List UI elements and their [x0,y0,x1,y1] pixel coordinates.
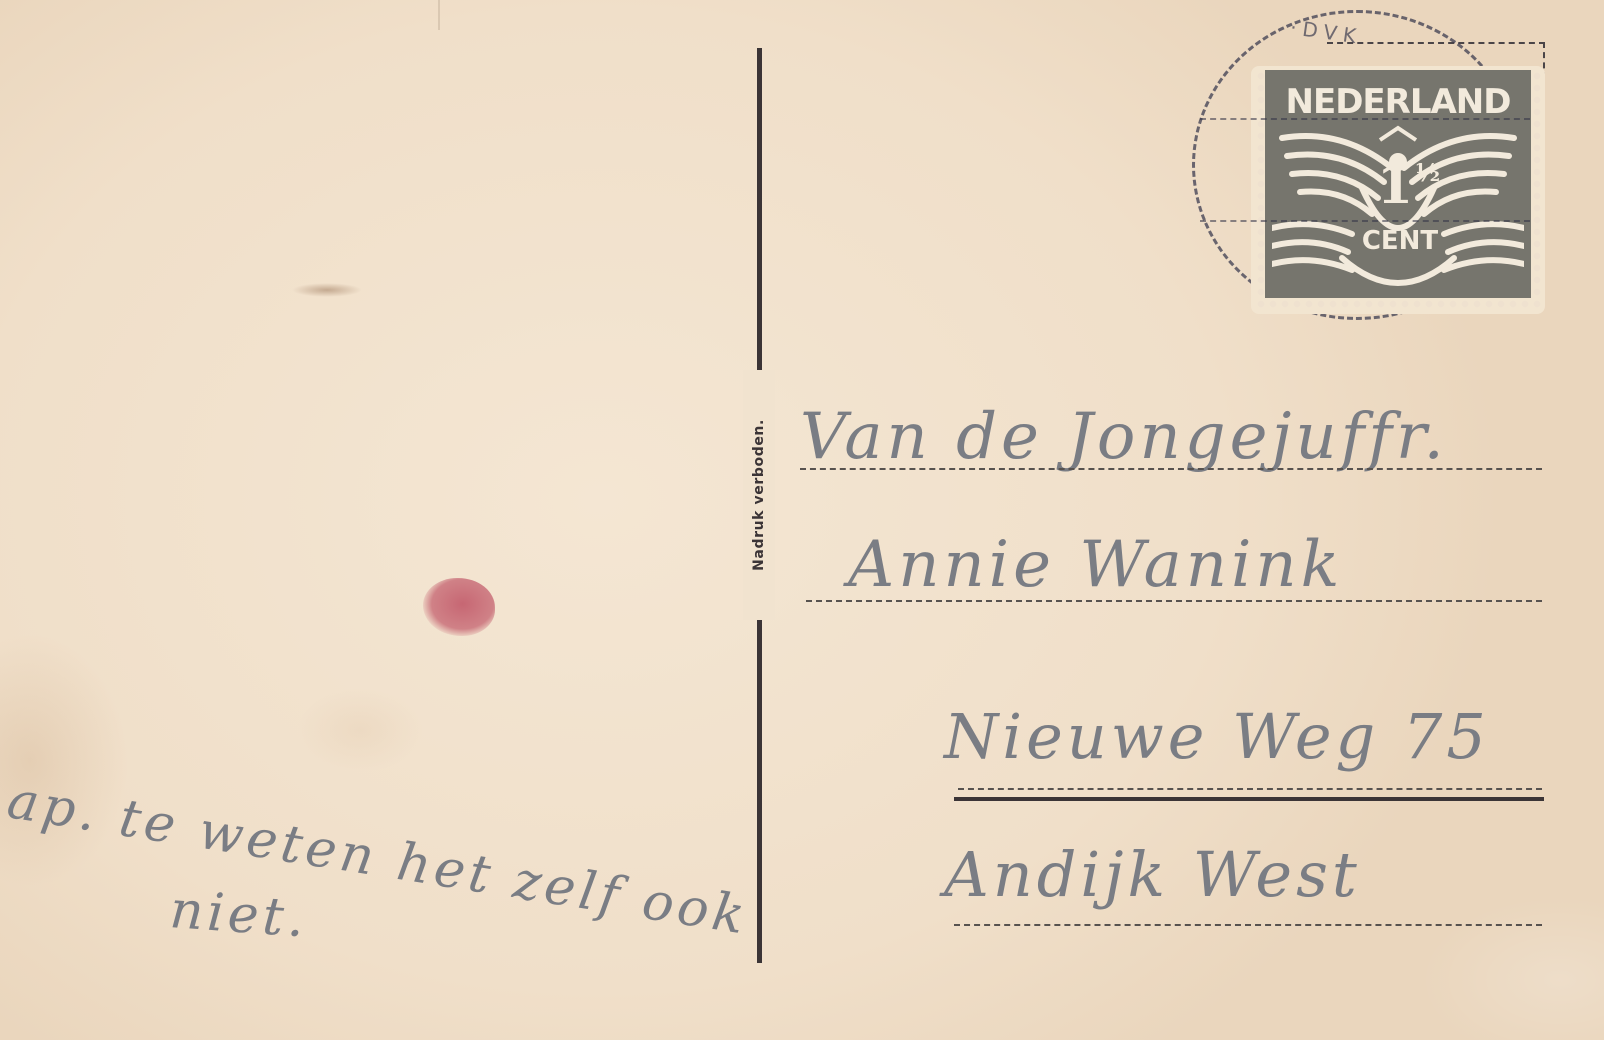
divider-label: Nadruk verboden. [751,419,767,571]
paper-crease [438,0,440,30]
address-rule-4 [954,924,1542,926]
address-line-3: Nieuwe Weg 75 [944,700,1490,773]
stamp-unit: CENT [1345,226,1455,256]
address-rule-3-bold [954,797,1544,801]
stamp-value-fraction: ½ [1415,160,1433,186]
red-ink-spot [423,578,495,636]
stamp-value-whole: 1 [1377,155,1413,216]
stamp-value: 1½ [1365,160,1445,212]
address-line-2: Annie Wanink [848,528,1343,602]
paper-smudge [292,283,362,297]
address-rule-3 [958,788,1542,790]
message-line-2: niet. [168,880,310,950]
address-rule-2 [806,600,1542,602]
address-line-4: Andijk West [944,838,1361,911]
address-rule-1 [800,468,1542,470]
postcard-back: Nadruk verboden. ·DVK NEDERLAND 1½ [0,0,1604,1040]
cancel-line [1200,118,1530,120]
stamp-country: NEDERLAND [1265,82,1531,122]
message-line-1: ap. te weten het zelf ook [3,770,752,946]
cancel-line [1200,220,1530,222]
address-line-1: Van de Jongejuffr. [800,400,1448,474]
